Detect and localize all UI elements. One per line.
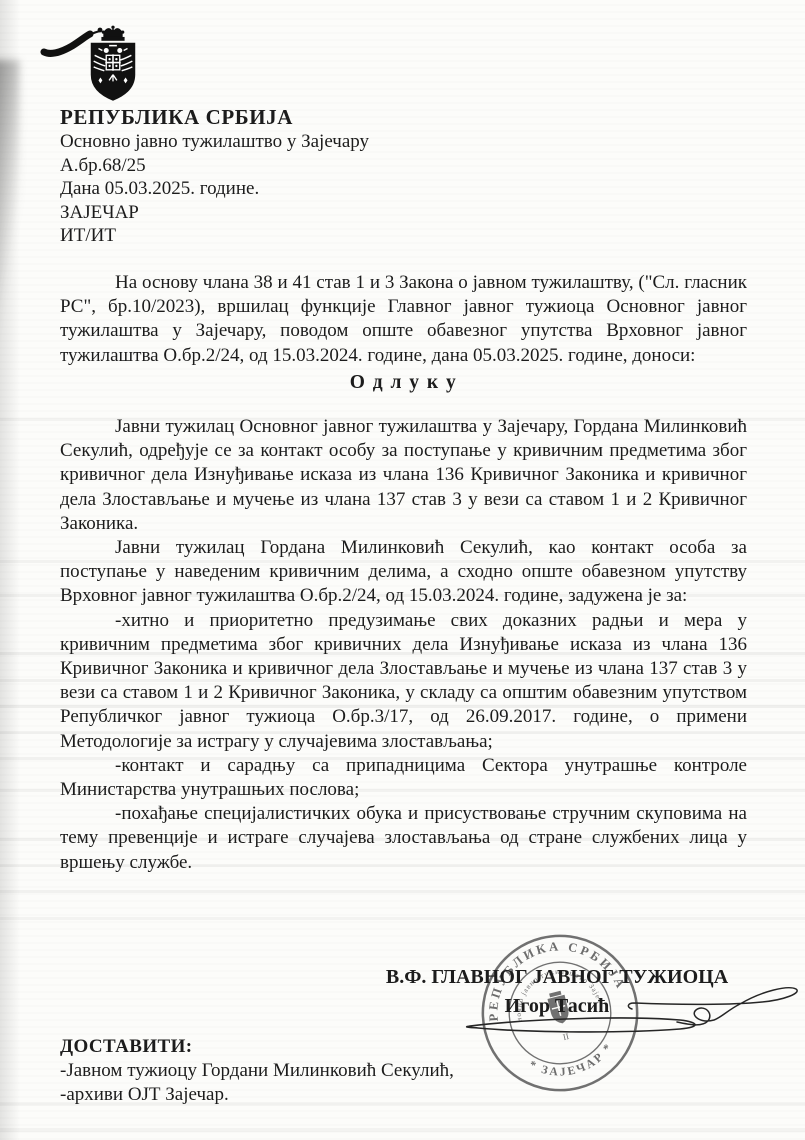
document-body: На основу члана 38 и 41 став 1 и 3 Закон…	[60, 271, 747, 875]
city-name: ЗАЈЕЧАР	[60, 201, 369, 225]
case-number: А.бр.68/25	[60, 154, 369, 178]
republic-title: РЕПУБЛИКА СРБИЈА	[60, 104, 369, 130]
office-name: Основно јавно тужилаштво у Зајечару	[60, 130, 369, 154]
letterhead: РЕПУБЛИКА СРБИЈА Основно јавно тужилаштв…	[60, 104, 369, 248]
scan-corner-smudge	[0, 60, 20, 350]
decision-heading: О д л у к у	[60, 371, 747, 395]
intro-paragraph: На основу члана 38 и 41 став 1 и 3 Закон…	[60, 271, 747, 368]
scanned-document-page: РЕПУБЛИКА СРБИЈА Основно јавно тужилаштв…	[0, 0, 805, 1140]
duty-item-2: -контакт и сарадњу са припадницима Секто…	[60, 754, 747, 802]
scan-streak	[0, 917, 805, 920]
document-date: Дана 05.03.2025. године.	[60, 177, 369, 201]
duty-item-1: -хитно и приоритетно предузимање свих до…	[60, 609, 747, 754]
scan-streak	[0, 890, 805, 893]
duty-item-3: -похађање специјалистичких обука и прису…	[60, 802, 747, 875]
distribution-block: ДОСТАВИТИ: -Јавном тужиоцу Гордани Милин…	[60, 1035, 454, 1107]
decision-paragraph-2: Јавни тужилац Гордана Милинковић Секулић…	[60, 536, 747, 609]
distribution-item: -Јавном тужиоцу Гордани Милинковић Секул…	[60, 1059, 454, 1083]
distribution-heading: ДОСТАВИТИ:	[60, 1035, 454, 1059]
scan-streak	[0, 1128, 805, 1132]
decision-paragraph-1: Јавни тужилац Основног јавног тужилаштва…	[60, 415, 747, 536]
serbia-coat-of-arms-icon	[84, 24, 142, 104]
clerk-initials: ИТ/ИТ	[60, 224, 369, 248]
handwritten-signature	[432, 980, 805, 1046]
distribution-item: -архиви ОЈТ Зајечар.	[60, 1083, 454, 1107]
